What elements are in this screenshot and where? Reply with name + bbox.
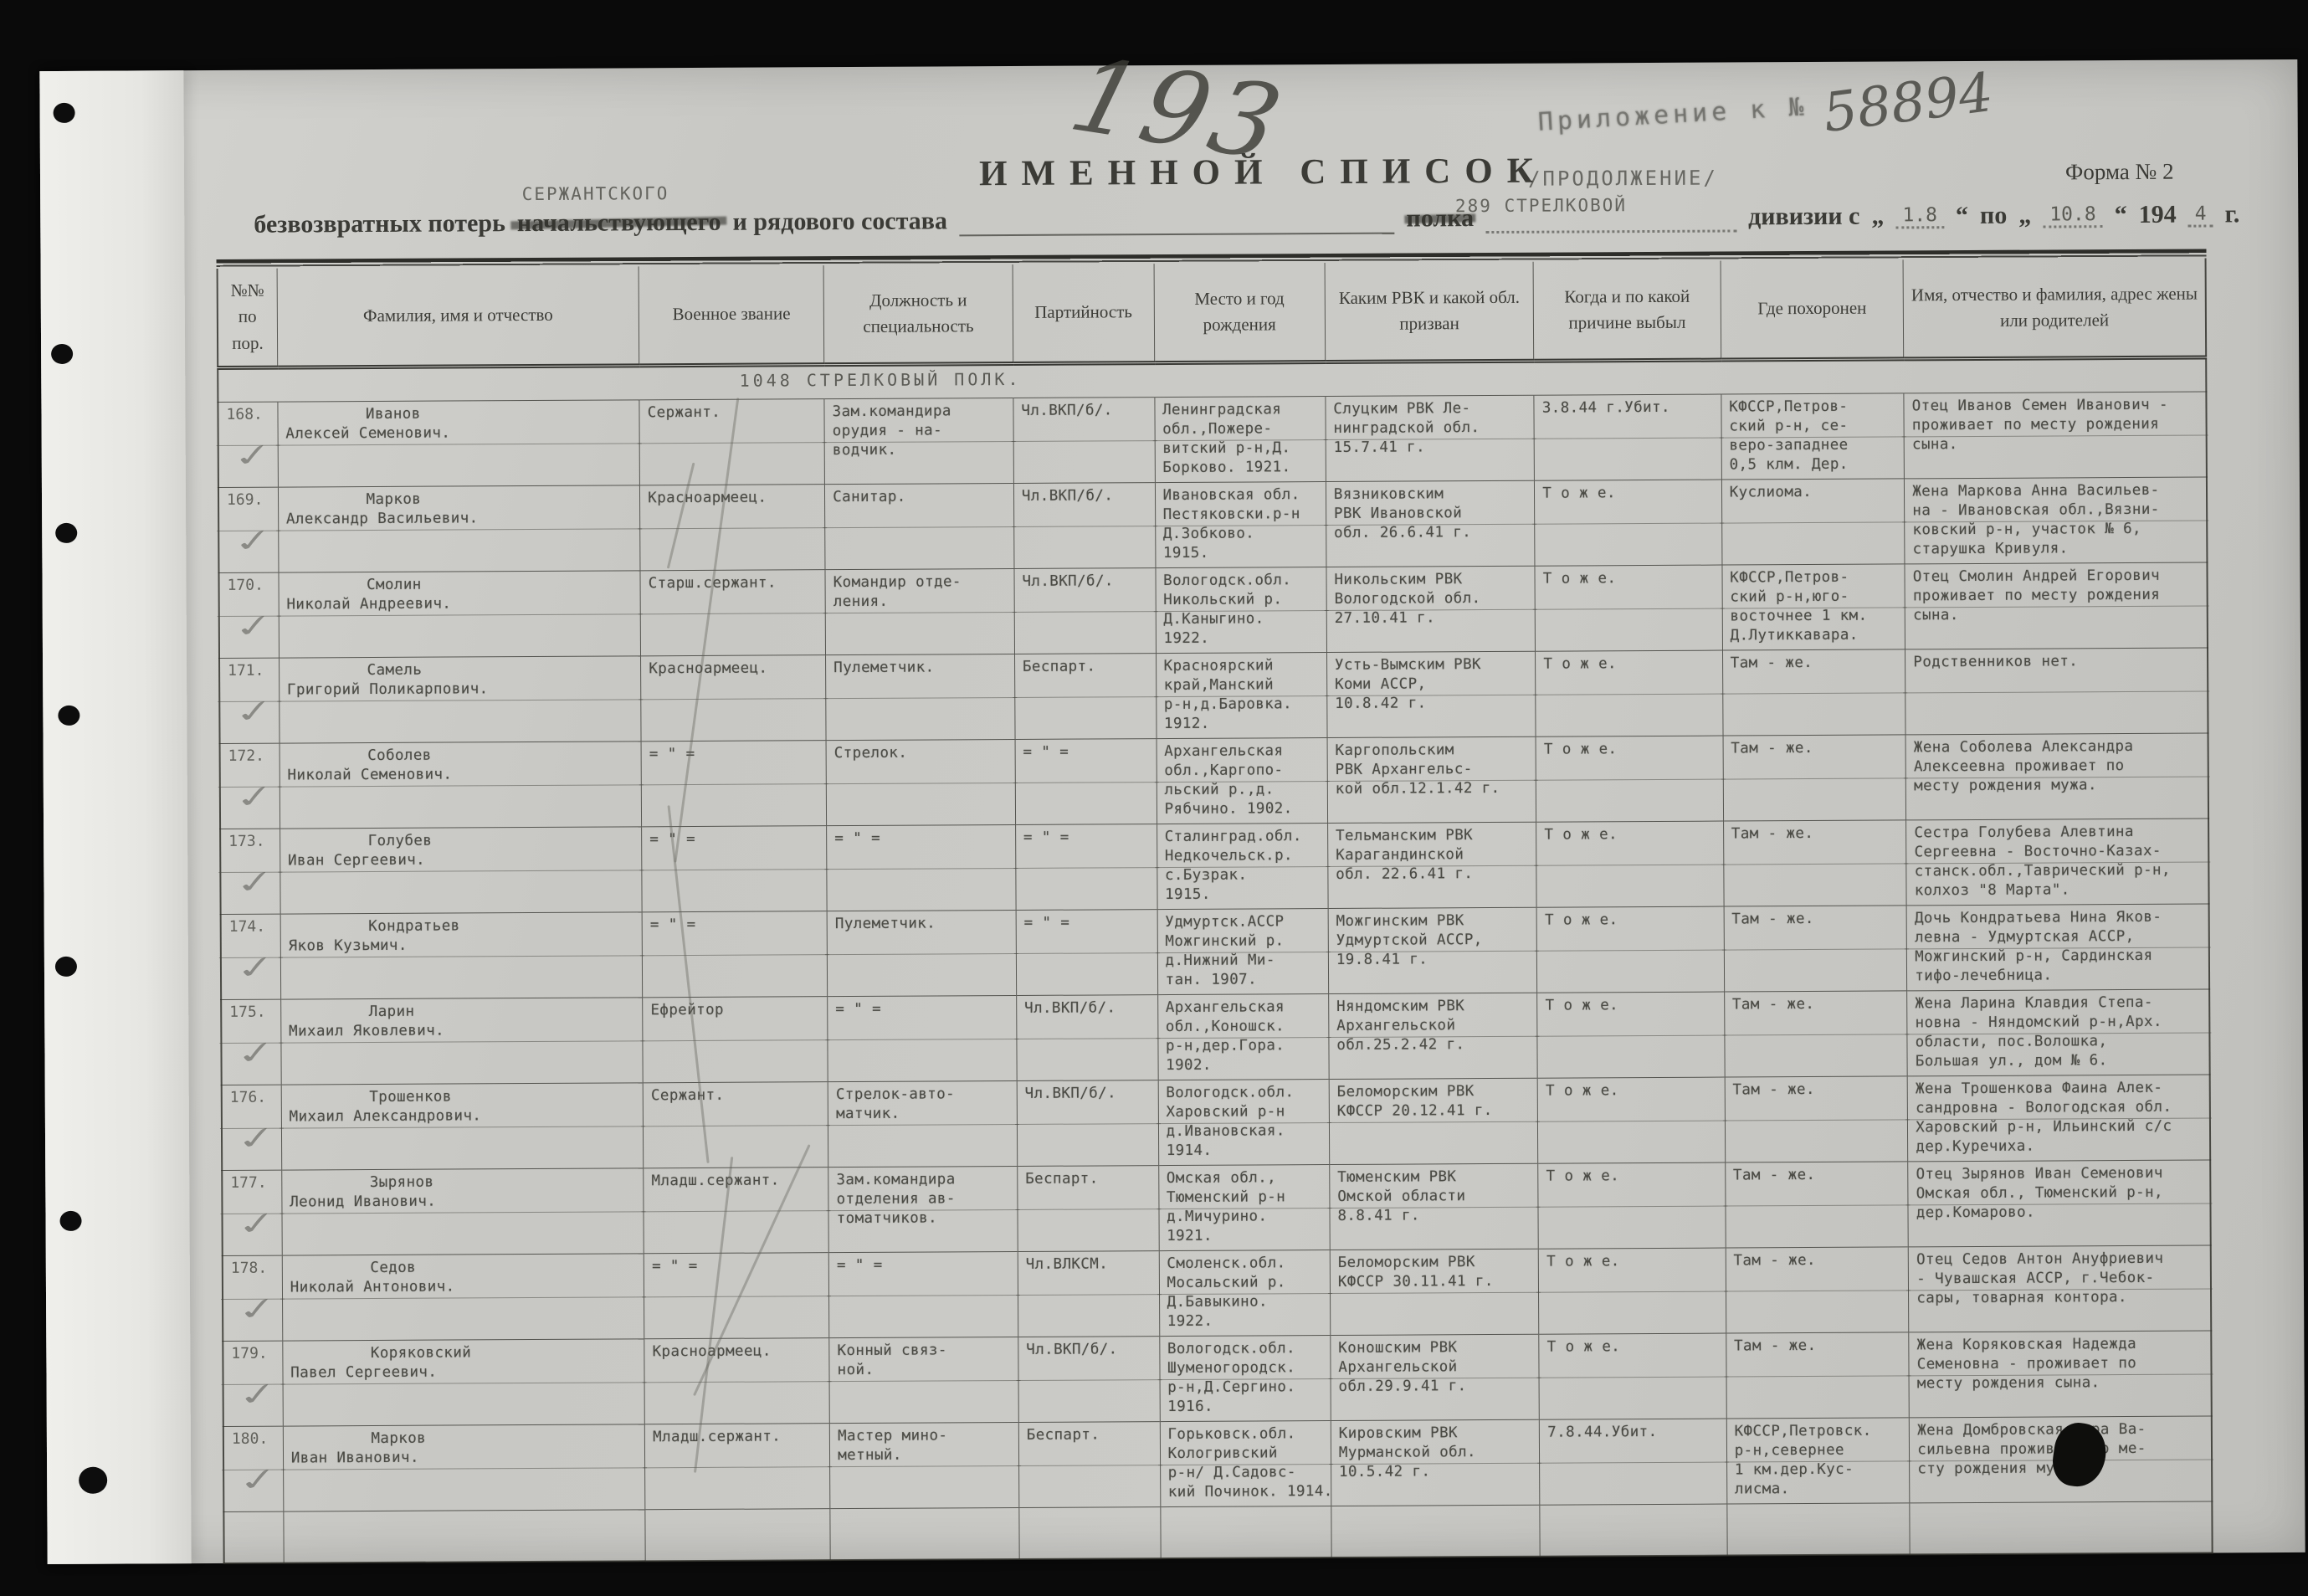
typed-line: обл.,Коношск. — [1166, 1017, 1323, 1037]
cell-name: ЛаринМихаил Яковлевич. — [280, 998, 643, 1085]
typed-line: месту рождения сына. — [1917, 1373, 2206, 1394]
typed-line: Т о ж е. — [1543, 654, 1716, 675]
cell-fate: Т о ж е. — [1536, 906, 1724, 993]
blank-line — [959, 228, 1395, 237]
cell-burial: КФССР,Петровск.р-н,севернее1 км.дер.Кус-… — [1726, 1418, 1910, 1504]
typed-line: Там - же. — [1731, 653, 1900, 673]
typed-line: тифо-лечебница. — [1915, 966, 2203, 987]
cell-name: МарковИван Иванович. — [283, 1424, 645, 1511]
section-header: 1048 СТРЕЛКОВЫЙ ПОЛК. — [226, 363, 2200, 393]
typed-line: Харовский р-н, Ильинский с/с — [1916, 1117, 2204, 1138]
cell-num: 175.✓ — [221, 999, 281, 1085]
entry-row-173: 173.✓ГолубевИван Сергеевич.= " == " == "… — [220, 819, 2209, 914]
cell-fate: Т о ж е. — [1535, 565, 1722, 651]
dotted-blank: 289 СТРЕЛКОВОЙ — [1485, 224, 1736, 233]
typed-line: Отец Смолин Андрей Егорович — [1913, 567, 2202, 588]
typed-line: Ефрейтор — [650, 1000, 822, 1020]
pencil-checkmark: ✓ — [232, 861, 283, 902]
typed-line: Усть-Вымским РВК — [1335, 655, 1531, 675]
empty-cell — [1019, 1507, 1161, 1559]
typed-line: Коношским РВК — [1338, 1338, 1534, 1358]
cell-rank: Ефрейтор — [643, 997, 828, 1083]
cell-party: Чл.ВКП/б/. — [1018, 1337, 1160, 1423]
cell-relatives: Дочь Кондратьева Нина Яков-левна - Удмур… — [1906, 904, 2209, 991]
typed-line: = " = — [1023, 828, 1151, 848]
header-row: №№ по пор.Фамилия, имя и отчествоВоенное… — [218, 259, 2207, 368]
typed-line: Вязниковским — [1334, 485, 1530, 505]
typed-line: РВК Архангельс- — [1336, 760, 1531, 780]
typed-line: Командир отде- — [833, 572, 1009, 593]
typed-line: Николай Антонович. — [290, 1276, 639, 1297]
cell-position: Конный связ-ной. — [829, 1337, 1018, 1423]
cell-rvk: Коношским РВКАрхангельскойобл.29.9.41 г. — [1331, 1334, 1540, 1420]
typed-line: Сестра Голубева Алевтина — [1914, 823, 2203, 844]
typed-line: обл.,Каргопо- — [1164, 761, 1321, 781]
typed-line: Голубев — [288, 830, 637, 851]
typed-line: Жена Соболева Александра — [1914, 737, 2203, 758]
typed-line: р-н,дер.Гора. — [1166, 1036, 1323, 1056]
typed-line: 1902. — [1166, 1055, 1323, 1075]
cell-num: 172.✓ — [220, 743, 280, 829]
cell-rvk: Тюменским РВКОмской области8.8.41 г. — [1330, 1163, 1539, 1250]
typed-line: ский р-н, се- — [1729, 416, 1899, 436]
cell-num: 173.✓ — [220, 829, 280, 914]
cell-fate: 7.8.44.Убит. — [1540, 1419, 1727, 1505]
entry-number: 172. — [228, 747, 274, 765]
typed-line: Вологодской обл. — [1335, 589, 1531, 609]
typed-line: 3.8.44 г.Убит. — [1542, 398, 1716, 418]
casualty-table-wrap: №№ по пор.Фамилия, имя и отчествоВоенное… — [217, 249, 2213, 1564]
cell-burial: Там - же. — [1726, 1332, 1909, 1419]
cell-party: Беспарт. — [1018, 1422, 1160, 1508]
typed-line: Марков — [286, 489, 635, 510]
typed-line: Михаил Яковлевич. — [289, 1020, 638, 1041]
typed-line: Там - же. — [1732, 994, 1902, 1014]
cell-burial: Там - же. — [1724, 906, 1907, 992]
cell-position: Зам.командираорудия - на-водчик. — [824, 398, 1013, 484]
pencil-checkmark: ✓ — [233, 947, 284, 988]
typed-line: Жена Маркова Анна Васильев- — [1912, 481, 2201, 502]
cell-rank: = " = — [642, 826, 827, 912]
entry-row-180: 180.✓МарковИван Иванович.Младш.сержант.М… — [223, 1416, 2213, 1511]
typed-line: Сержант. — [651, 1085, 823, 1106]
empty-cell — [1540, 1504, 1727, 1557]
typed-line: кой обл.12.1.42 г. — [1336, 779, 1531, 799]
typed-line: Соболев — [287, 745, 636, 766]
typed-line: ский р-н,юго- — [1730, 587, 1900, 607]
cell-position: = " = — [828, 1251, 1018, 1337]
empty-cell — [1331, 1505, 1541, 1558]
pencil-checkmark: ✓ — [235, 1459, 286, 1500]
typed-line: сына. — [1913, 605, 2202, 626]
title-continuation-note: /ПРОДОЛЖЕНИЕ/ — [1528, 167, 1718, 191]
typed-line: 8.8.41 г. — [1337, 1206, 1533, 1226]
pencil-checkmark: ✓ — [232, 776, 283, 817]
typed-line: дер.Куречиха. — [1916, 1137, 2204, 1157]
typed-line: Д.Бавыкино. — [1167, 1292, 1325, 1312]
pencil-checkmark: ✓ — [235, 1373, 286, 1414]
typed-line: Александр Васильевич. — [286, 508, 635, 529]
entry-number: 176. — [230, 1089, 276, 1106]
cell-rank: Младш.сержант. — [644, 1167, 828, 1254]
cell-position: Зам.командираотделения ав-томатчиков. — [828, 1166, 1018, 1252]
cell-fate: Т о ж е. — [1539, 1333, 1726, 1419]
typed-line: водчик. — [833, 440, 1008, 460]
cell-rank: Младш.сержант. — [645, 1424, 830, 1510]
typed-line: р-н/ Д.Садовс- — [1168, 1463, 1326, 1483]
typed-line: д.Ивановская. — [1167, 1121, 1324, 1142]
cell-fate: Т о ж е. — [1536, 650, 1723, 736]
typed-line: Яков Кузьмич. — [289, 935, 638, 956]
cell-rvk: Слуцким РВК Ле-нинградской обл.15.7.41 г… — [1326, 395, 1535, 481]
typed-line: Красноармеец. — [649, 659, 820, 679]
column-header-position: Должность и специальность — [823, 264, 1013, 365]
typed-line: Архангельской — [1338, 1357, 1534, 1378]
year-digit: 4 — [2188, 203, 2213, 227]
cell-name: КоряковскийПавел Сергеевич. — [283, 1339, 645, 1426]
typed-line: Иванов — [285, 403, 634, 424]
entry-number: 179. — [231, 1345, 277, 1363]
quote: „ — [2018, 202, 2031, 230]
cell-birth: Ленинградскаяобл.,Пожере-витский р-н,Д.Б… — [1154, 397, 1326, 483]
punch-hole — [79, 1467, 107, 1494]
cell-birth: Архангельскаяобл.,Коношск.р-н,дер.Гора.1… — [1157, 994, 1329, 1080]
typed-line: Недкочельск.р. — [1165, 846, 1322, 866]
typed-line: Михаил Александрович. — [290, 1106, 639, 1126]
typed-line: ной. — [838, 1360, 1013, 1380]
typed-line: Коми АССР, — [1335, 675, 1531, 695]
cell-fate: Т о ж е. — [1537, 992, 1725, 1078]
subtitle-part5: 194 — [2139, 201, 2177, 229]
cell-burial: КФССР,Петров-ский р-н, се-веро-западнее0… — [1721, 393, 1905, 480]
cell-position: = " = — [828, 995, 1017, 1081]
typed-line: Вологодск.обл. — [1167, 1339, 1325, 1359]
cell-position: Пулеметчик. — [827, 910, 1016, 996]
typed-line: Можгинским РВК — [1336, 911, 1532, 931]
typed-line: Красноармеец. — [653, 1342, 824, 1362]
typed-line: Санитар. — [833, 487, 1008, 507]
typed-line: тан. 1907. — [1166, 970, 1323, 990]
typed-line: 27.10.41 г. — [1335, 608, 1531, 629]
typed-line: Родственников нет. — [1913, 652, 2202, 673]
entry-number: 170. — [228, 577, 274, 594]
pencil-checkmark: ✓ — [234, 1203, 285, 1244]
film-edge-strip — [39, 70, 191, 1564]
cell-burial: Там - же. — [1724, 991, 1907, 1077]
typed-line: метный. — [838, 1445, 1013, 1465]
typed-line: Пулеметчик. — [835, 914, 1011, 934]
cell-relatives: Родственников нет. — [1905, 648, 2208, 735]
typed-line: Никольский р. — [1163, 590, 1321, 610]
typed-line: Отец Седов Антон Ануфриевич — [1916, 1250, 2205, 1270]
typed-line: Стрелок-авто- — [836, 1085, 1012, 1105]
cell-position: Стрелок. — [826, 739, 1015, 825]
cell-rvk: Кировским РВКМурманской обл.10.5.42 г. — [1331, 1419, 1540, 1506]
typed-line: 15.7.41 г. — [1334, 438, 1530, 458]
cell-fate: Т о ж е. — [1536, 736, 1723, 822]
typed-line: Там - же. — [1734, 1336, 1904, 1356]
cell-birth: Смоленск.обл.Мосальский р.Д.Бавыкино.192… — [1159, 1250, 1331, 1337]
cell-party: Чл.ВКП/б/. — [1013, 398, 1155, 484]
typed-line: Самель — [287, 659, 636, 680]
cell-name: СедовНиколай Антонович. — [282, 1254, 644, 1341]
typed-line: 1 км.дер.Кус- — [1735, 1460, 1905, 1480]
typed-line: 0,5 клм. Дер. — [1729, 454, 1899, 475]
quote: „ — [1871, 203, 1884, 231]
typed-line: Т о ж е. — [1546, 1167, 1720, 1187]
typed-line: 1915. — [1163, 543, 1321, 563]
document-page: 193 Приложение к №58894 ИМЕННОЙ СПИСОК /… — [39, 59, 2305, 1564]
form-number-label: Форма № 2 — [2065, 159, 2174, 186]
punch-hole — [58, 706, 79, 726]
cell-num: 180.✓ — [223, 1426, 284, 1511]
cell-birth: Ивановская обл.Пестяковски.р-нД.Зобково.… — [1155, 482, 1326, 568]
cell-rvk: Можгинским РВКУдмуртской АССР,19.8.41 г. — [1328, 907, 1537, 993]
quote: “ — [1956, 202, 1968, 230]
typed-line: Удмуртской АССР, — [1336, 931, 1532, 951]
entry-number: 169. — [227, 491, 273, 509]
typed-line: Отец Иванов Семен Иванович - — [1912, 396, 2201, 417]
cell-position: Пулеметчик. — [826, 654, 1015, 740]
cell-birth: Вологодск.обл.Никольский р.Д.Каныгино.19… — [1156, 567, 1327, 654]
typed-line: Куслиома. — [1730, 482, 1900, 502]
typed-line: Д.Каныгино. — [1163, 609, 1321, 629]
cell-burial: Там - же. — [1722, 649, 1905, 736]
typed-line: Там - же. — [1733, 1165, 1903, 1185]
punch-hole — [55, 523, 77, 543]
typed-line: Красноармеец. — [648, 488, 819, 508]
typed-line: сары, товарная контора. — [1916, 1288, 2205, 1309]
typed-line: 10.8.42 г. — [1335, 694, 1531, 714]
cell-party: Чл.ВКП/б/. — [1017, 1080, 1158, 1167]
subtitle: безвозвратных потерь СЕРЖАНТСКОГО началь… — [254, 200, 2239, 239]
cell-rank: Сержант. — [643, 1082, 828, 1168]
typed-line: Леонид Иванович. — [290, 1191, 639, 1212]
typed-line: Архангельская — [1164, 742, 1321, 762]
empty-cell — [223, 1511, 284, 1563]
typed-line: обл.,Пожере- — [1162, 419, 1320, 439]
empty-row — [223, 1501, 2212, 1563]
cell-rvk: Никольским РВКВологодской обл.27.10.41 г… — [1326, 566, 1536, 652]
overtyped-word: СЕРЖАНТСКОГО — [522, 183, 669, 204]
typed-line: Жена Ларина Клавдия Степа- — [1915, 993, 2203, 1014]
typed-line: льский р.,д. — [1164, 780, 1321, 800]
cell-position: Мастер мино-метный. — [829, 1422, 1018, 1508]
typed-line: = " = — [1024, 913, 1152, 933]
cell-party: = " = — [1016, 910, 1157, 996]
pencil-checkmark: ✓ — [231, 690, 282, 731]
typed-line: обл. 26.6.41 г. — [1334, 523, 1530, 543]
typed-line: Трошенков — [289, 1086, 638, 1107]
typed-line: Беспарт. — [1027, 1425, 1155, 1445]
typed-line: Там - же. — [1731, 824, 1901, 844]
typed-line: Беломорским РВК — [1337, 1082, 1533, 1102]
typed-line: Беспарт. — [1025, 1169, 1153, 1189]
typed-line: Никольским РВК — [1334, 570, 1530, 590]
typed-line: Чл.ВКП/б/. — [1024, 998, 1152, 1019]
entry-number: 174. — [229, 918, 275, 936]
typed-line: старушка Кривуля. — [1913, 539, 2202, 560]
cell-burial: Там - же. — [1725, 1076, 1908, 1162]
corrected-word: СЕРЖАНТСКОГО начальствующего — [517, 208, 721, 238]
typed-line: Сергеевна - Восточно-Казах- — [1914, 842, 2203, 863]
struck-word: начальствующего — [517, 208, 721, 238]
typed-line: Иван Сергеевич. — [288, 849, 637, 870]
typed-line: Чл.ВКП/б/. — [1022, 572, 1150, 592]
overtyped-division: 289 СТРЕЛКОВОЙ — [1455, 195, 1627, 216]
typed-line: Чл.ВЛКСМ. — [1026, 1255, 1154, 1275]
typed-line: Кондратьев — [288, 916, 637, 937]
typed-line: = " = — [834, 829, 1010, 849]
typed-line: Красноярский — [1164, 656, 1321, 676]
cell-relatives: Жена Трошенкова Фаина Алек-сандровна - В… — [1907, 1075, 2210, 1162]
typed-line: д.Мичурино. — [1167, 1207, 1324, 1227]
typed-line: край,Манский — [1164, 675, 1321, 695]
cell-num: 168.✓ — [218, 402, 278, 487]
typed-line: Семеновна - проживает по — [1917, 1354, 2206, 1375]
typed-line: обл. 22.6.41 г. — [1336, 865, 1531, 885]
typed-line: веро-западнее — [1729, 435, 1899, 455]
typed-line: Конный связ- — [837, 1341, 1013, 1361]
cell-rank: Красноармеец. — [640, 485, 825, 571]
typed-line: Коряковский — [290, 1342, 639, 1363]
typed-line: Т о ж е. — [1546, 996, 1719, 1016]
typed-line: Карагандинской — [1336, 845, 1531, 865]
typed-line: Зырянов — [290, 1172, 639, 1193]
cell-rvk: Усть-Вымским РВККоми АССР,10.8.42 г. — [1326, 651, 1536, 737]
typed-line: 19.8.41 г. — [1336, 950, 1532, 970]
typed-line: Архангельская — [1166, 998, 1323, 1018]
typed-line: - Чувашская АССР, г.Чебок- — [1916, 1269, 2205, 1290]
cell-num: 178.✓ — [223, 1255, 283, 1341]
column-header-name: Фамилия, имя и отчество — [277, 266, 639, 367]
cell-rank: = " = — [642, 911, 827, 998]
typed-line: матчик. — [836, 1104, 1012, 1124]
typed-line: Чл.ВКП/б/. — [1022, 486, 1150, 506]
typed-line: Зам.командира — [833, 402, 1008, 422]
typed-line: Дочь Кондратьева Нина Яков- — [1915, 908, 2203, 929]
typed-line: восточнее 1 км. — [1730, 606, 1900, 626]
typed-line: дер.Комарово. — [1916, 1203, 2205, 1224]
typed-line: КФССР,Петров- — [1729, 397, 1899, 417]
cell-rank: Красноармеец. — [644, 1338, 829, 1424]
typed-line: Кологривский — [1168, 1444, 1326, 1464]
typed-line: Т о ж е. — [1544, 740, 1717, 760]
typed-line: Кировским РВК — [1339, 1424, 1535, 1444]
typed-line: Зам.командира — [836, 1170, 1012, 1190]
typed-line: месту рождения мужа. — [1914, 776, 2203, 797]
typed-line: Тюменский р-н — [1167, 1188, 1324, 1208]
subtitle-part2: и рядового состава — [732, 207, 947, 236]
typed-line: ления. — [833, 592, 1009, 612]
typed-line: Д.Лутиккавара. — [1731, 625, 1900, 645]
typed-line: Пестяковски.р-н — [1163, 505, 1321, 525]
typed-line: Мосальский р. — [1167, 1273, 1324, 1293]
cell-relatives: Жена Соболева АлександраАлексеевна прожи… — [1905, 733, 2208, 820]
column-header-rvk: Каким РВК и какой обл. призван — [1325, 262, 1534, 362]
typed-line: Тельманским РВК — [1336, 826, 1531, 846]
typed-line: Алексей Семенович. — [285, 423, 634, 444]
cell-name: СоболевНиколай Семенович. — [280, 742, 642, 829]
typed-line: 10.5.42 г. — [1339, 1462, 1535, 1482]
cell-num: 170.✓ — [218, 572, 279, 658]
typed-line: Шуменогородск. — [1167, 1358, 1325, 1378]
entry-row-175: 175.✓ЛаринМихаил Яковлевич.Ефрейтор= " =… — [221, 989, 2210, 1085]
typed-line: Харовский р-н — [1166, 1102, 1323, 1122]
typed-line: обл.25.2.42 г. — [1336, 1035, 1532, 1055]
typed-line: р-н,д.Баровка. — [1164, 695, 1321, 715]
typed-line: Отец Зырянов Иван Семенович — [1916, 1164, 2205, 1185]
typed-line: Там - же. — [1731, 909, 1901, 929]
typed-line: на - Ивановская обл.,Вязни- — [1912, 500, 2201, 521]
pencil-checkmark: ✓ — [234, 1288, 285, 1329]
entry-number: 168. — [226, 406, 272, 423]
cell-birth: Архангельскаяобл.,Каргопо-льский р.,д.Ря… — [1157, 738, 1328, 824]
typed-line: Жена Трошенкова Фаина Алек- — [1916, 1079, 2204, 1100]
typed-line: Можгинский р-н, Сардинская — [1915, 947, 2203, 967]
typed-line: = " = — [649, 744, 821, 764]
typed-line: РВК Ивановской — [1334, 504, 1530, 524]
typed-line: Няндомским РВК — [1336, 997, 1532, 1017]
typed-line: кий Починок. 1914. — [1168, 1482, 1326, 1502]
typed-line: Мастер мино- — [838, 1426, 1013, 1446]
typed-line: Беспарт. — [1023, 657, 1151, 677]
typed-line: Иван Иванович. — [291, 1447, 640, 1468]
typed-line: сына. — [1912, 434, 2201, 455]
empty-cell — [1910, 1501, 2213, 1554]
cell-rvk: Тельманским РВККарагандинскойобл. 22.6.4… — [1327, 822, 1536, 908]
typed-line: отделения ав- — [837, 1189, 1013, 1209]
entry-number: 171. — [228, 662, 274, 680]
typed-line: с.Бузрак. — [1165, 865, 1322, 885]
cell-birth: Сталинград.обл.Недкочельск.р.с.Бузрак.19… — [1157, 824, 1328, 910]
typed-line: Д.Зобково. — [1163, 524, 1321, 544]
typed-line: Там - же. — [1732, 1080, 1902, 1100]
typed-line: Беломорским РВК — [1338, 1253, 1534, 1273]
pencil-checkmark: ✓ — [230, 434, 281, 475]
cell-relatives: Отец Смолин Андрей Егоровичпроживает по … — [1905, 562, 2208, 649]
cell-birth: Вологодск.обл.Шуменогородск.р-н,Д.Сергин… — [1159, 1336, 1331, 1422]
cell-birth: Удмуртск.АССРМожгинский р.д.Нижний Ми-та… — [1157, 909, 1329, 995]
cell-fate: Т о ж е. — [1539, 1248, 1726, 1334]
entry-number: 180. — [232, 1430, 278, 1448]
typed-line: р-н,Д.Сергино. — [1167, 1378, 1325, 1398]
typed-line: Сталинград.обл. — [1165, 827, 1322, 847]
cell-party: Чл.ВКП/б/. — [1017, 995, 1158, 1081]
typed-line: Там - же. — [1731, 738, 1900, 758]
typed-line: Там - же. — [1733, 1250, 1903, 1270]
typed-line: Т о ж е. — [1547, 1337, 1721, 1357]
typed-line: Вологодск.обл. — [1166, 1083, 1323, 1103]
typed-line: 1912. — [1164, 714, 1321, 734]
cell-party: Чл.ВКП/б/. — [1013, 483, 1155, 569]
entry-row-178: 178.✓СедовНиколай Антонович.= " == " =Чл… — [223, 1245, 2212, 1341]
empty-cell — [1727, 1503, 1911, 1556]
typed-line: Рябчино. 1902. — [1164, 799, 1321, 819]
cell-num: 177.✓ — [222, 1170, 282, 1255]
stamp-number-handwritten: 58894 — [1819, 62, 1996, 145]
typed-line: Николай Андреевич. — [286, 593, 635, 614]
cell-position: Командир отде-ления. — [825, 568, 1014, 654]
cell-relatives: Жена Маркова Анна Васильев-на - Ивановск… — [1905, 477, 2208, 564]
typed-line: Борково. 1921. — [1162, 458, 1320, 478]
typed-line: Можгинский р. — [1165, 931, 1322, 952]
typed-line: р-н,севернее — [1735, 1440, 1905, 1460]
punch-hole — [59, 1211, 81, 1231]
cell-rank: = " = — [644, 1253, 828, 1339]
typed-line: Смолин — [286, 574, 635, 595]
typed-line: Т о ж е. — [1542, 484, 1716, 504]
